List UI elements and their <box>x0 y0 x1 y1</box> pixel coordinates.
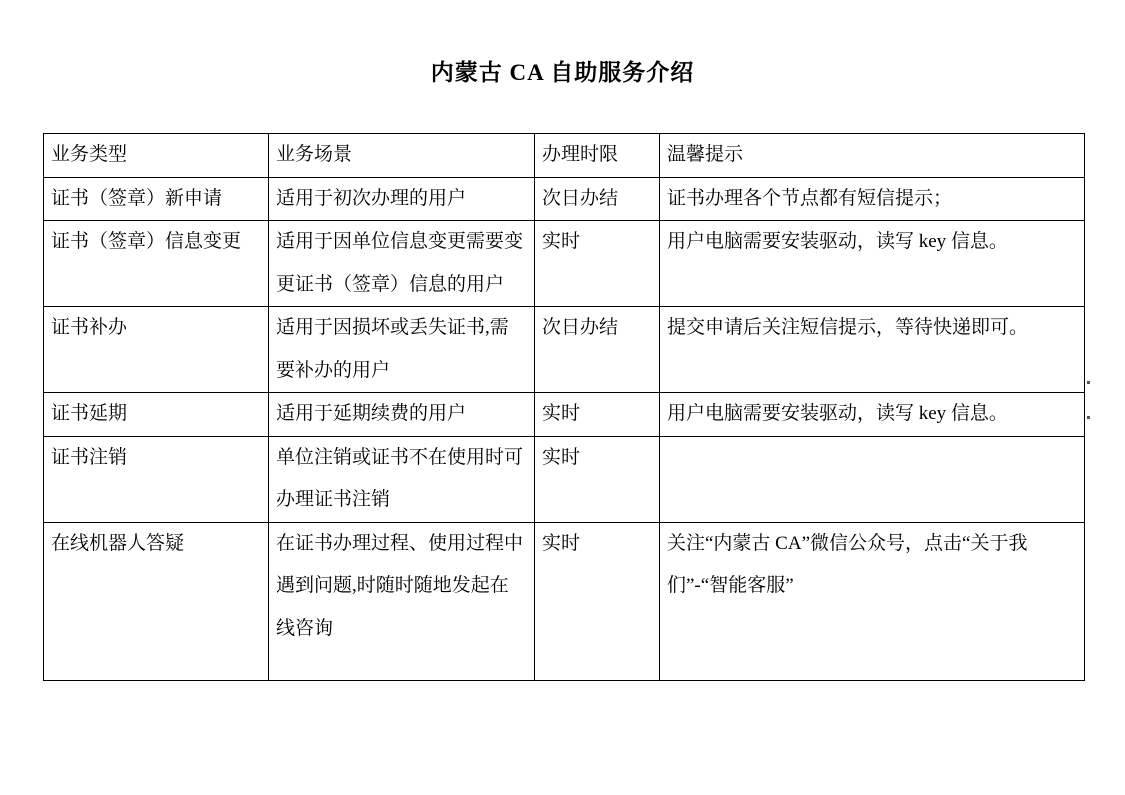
cell-tip: 提交申请后关注短信提示，等待快递即可。 <box>660 307 1085 393</box>
cell-tip: 用户电脑需要安装驱动，读写 key 信息。 <box>660 393 1085 437</box>
cell-time-limit: 次日办结 <box>535 177 660 221</box>
cell-business-type: 在线机器人答疑 <box>44 522 269 680</box>
cell-business-type: 证书补办 <box>44 307 269 393</box>
cell-business-type: 证书（签章）新申请 <box>44 177 269 221</box>
table-row: 证书（签章）信息变更 适用于因单位信息变更需要变更证书（签章）信息的用户 实时 … <box>44 221 1085 307</box>
cell-business-type: 证书延期 <box>44 393 269 437</box>
table-row: 证书延期 适用于延期续费的用户 实时 用户电脑需要安装驱动，读写 key 信息。 <box>44 393 1085 437</box>
header-time-limit: 办理时限 <box>535 134 660 178</box>
cell-business-scenario: 适用于初次办理的用户 <box>269 177 535 221</box>
cell-time-limit: 实时 <box>535 522 660 680</box>
page-title: 内蒙古 CA 自助服务介绍 <box>0 54 1125 87</box>
cell-time-limit: 实时 <box>535 393 660 437</box>
cell-tip <box>660 436 1085 522</box>
cell-business-type: 证书（签章）信息变更 <box>44 221 269 307</box>
cell-business-scenario: 在证书办理过程、使用过程中遇到问题,时随时随地发起在线咨询 <box>269 522 535 680</box>
table-row: 证书（签章）新申请 适用于初次办理的用户 次日办结 证书办理各个节点都有短信提示… <box>44 177 1085 221</box>
cell-tip: 关注“内蒙古 CA”微信公众号，点击“关于我们”-“智能客服” <box>660 522 1085 680</box>
cell-time-limit: 实时 <box>535 221 660 307</box>
table-row: 在线机器人答疑 在证书办理过程、使用过程中遇到问题,时随时随地发起在线咨询 实时… <box>44 522 1085 680</box>
service-info-table: 业务类型 业务场景 办理时限 温馨提示 证书（签章）新申请 适用于初次办理的用户… <box>43 133 1085 681</box>
stray-artifact-dot <box>1087 381 1090 384</box>
cell-business-scenario: 适用于因单位信息变更需要变更证书（签章）信息的用户 <box>269 221 535 307</box>
document-page: 内蒙古 CA 自助服务介绍 业务类型 业务场景 办理时限 温馨提示 证书（签章）… <box>0 0 1125 795</box>
cell-business-scenario: 适用于延期续费的用户 <box>269 393 535 437</box>
cell-time-limit: 次日办结 <box>535 307 660 393</box>
header-tips: 温馨提示 <box>660 134 1085 178</box>
cell-tip: 证书办理各个节点都有短信提示； <box>660 177 1085 221</box>
cell-time-limit: 实时 <box>535 436 660 522</box>
cell-business-scenario: 单位注销或证书不在使用时可办理证书注销 <box>269 436 535 522</box>
table-header-row: 业务类型 业务场景 办理时限 温馨提示 <box>44 134 1085 178</box>
cell-business-type: 证书注销 <box>44 436 269 522</box>
stray-artifact-dot <box>1087 416 1090 419</box>
cell-business-scenario: 适用于因损坏或丢失证书,需要补办的用户 <box>269 307 535 393</box>
cell-tip: 用户电脑需要安装驱动，读写 key 信息。 <box>660 221 1085 307</box>
header-business-type: 业务类型 <box>44 134 269 178</box>
header-business-scenario: 业务场景 <box>269 134 535 178</box>
table-row: 证书补办 适用于因损坏或丢失证书,需要补办的用户 次日办结 提交申请后关注短信提… <box>44 307 1085 393</box>
table-row: 证书注销 单位注销或证书不在使用时可办理证书注销 实时 <box>44 436 1085 522</box>
